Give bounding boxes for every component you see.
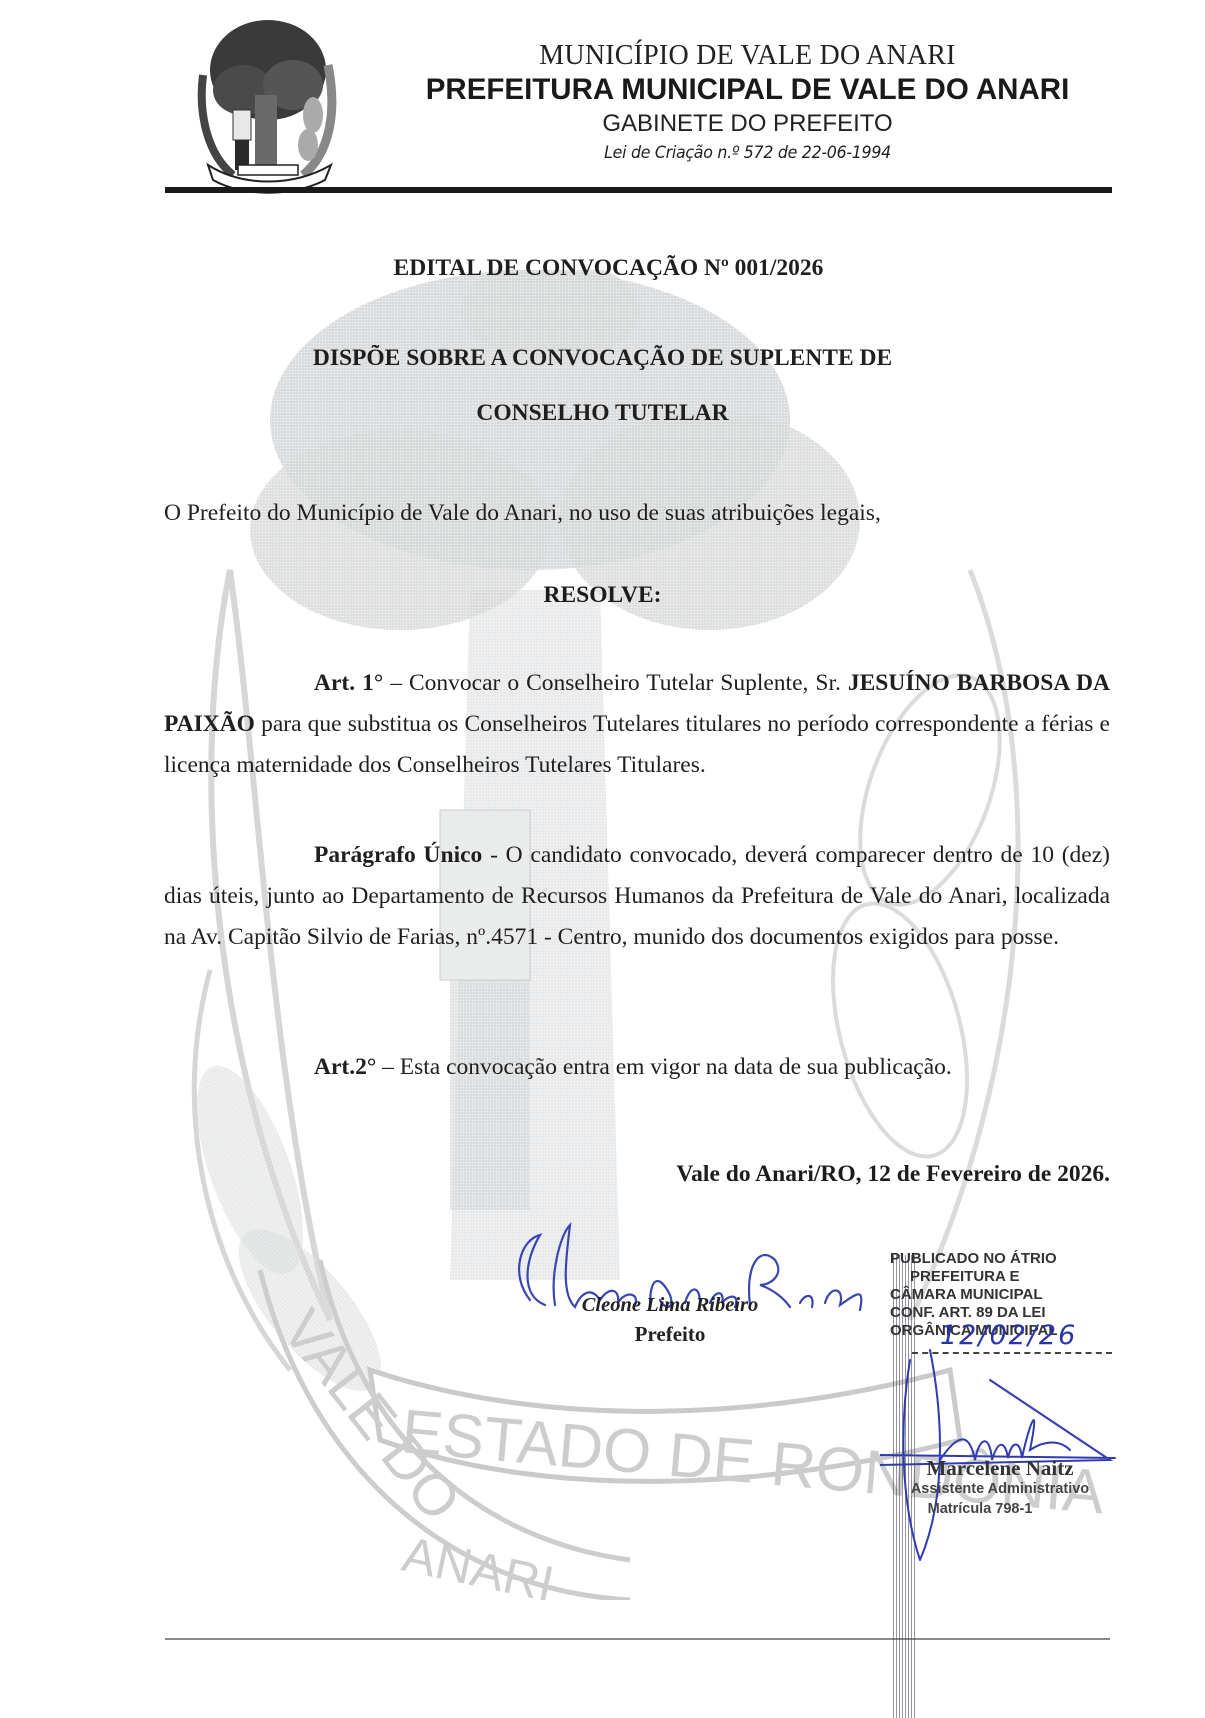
place-and-date: Vale do Anari/RO, 12 de Fevereiro de 202… <box>560 1161 1110 1188</box>
stamp-line-2: PREFEITURA E <box>890 1268 1120 1286</box>
stamp-line-1: PUBLICADO NO ÁTRIO <box>890 1250 1120 1268</box>
document-subject-line-1: DISPÕE SOBRE A CONVOCAÇÃO DE SUPLENTE DE <box>0 345 1205 372</box>
footer-divider <box>165 1638 1110 1640</box>
article-1: Art. 1° – Convocar o Conselheiro Tutelar… <box>164 663 1110 786</box>
intro-paragraph: O Prefeito do Município de Vale do Anari… <box>164 493 1110 534</box>
municipality-name: MUNICÍPIO DE VALE DO ANARI <box>380 40 1115 72</box>
letterhead: MUNICÍPIO DE VALE DO ANARI PREFEITURA MU… <box>380 40 1115 166</box>
article-2: Art.2° – Esta convocação entra em vigor … <box>164 1047 1110 1088</box>
creation-law: Lei de Criação n.º 572 de 22-06-1994 <box>406 140 1090 166</box>
header-divider <box>165 187 1112 193</box>
article-2-label: Art.2° <box>314 1054 376 1080</box>
assistant-registration: Matrícula 798-1 <box>880 1501 1080 1517</box>
article-1-label: Art. 1° <box>314 670 383 696</box>
document-subject-line-2: CONSELHO TUTELAR <box>0 400 1205 427</box>
assistant-role: Assistente Administrativo <box>880 1481 1120 1497</box>
office-name: GABINETE DO PREFEITO <box>380 108 1115 140</box>
stamp-line-3: CÂMARA MUNICIPAL <box>890 1286 1120 1304</box>
svg-text:ANARI: ANARI <box>398 1526 559 1600</box>
mayor-title: Prefeito <box>520 1322 820 1347</box>
resolve-heading: RESOLVE: <box>0 582 1205 609</box>
sole-paragraph: Parágrafo Único - O candidato convocado,… <box>164 835 1110 958</box>
article-1-text-before: – Convocar o Conselheiro Tutelar Suplent… <box>383 670 848 696</box>
document-title: EDITAL DE CONVOCAÇÃO Nº 001/2026 <box>0 255 1205 282</box>
sole-paragraph-text: - O candidato convocado, deverá comparec… <box>164 842 1110 950</box>
mayor-name: Cleone Lima Ribeiro <box>520 1294 820 1317</box>
article-2-text: – Esta convocação entra em vigor na data… <box>376 1054 952 1080</box>
assistant-name: Marcelene Naitz <box>895 1456 1105 1481</box>
svg-text:VALE DO: VALE DO <box>270 1298 473 1533</box>
article-1-text-after: para que substitua os Conselheiros Tutel… <box>164 711 1110 778</box>
municipal-coat-of-arms-logo <box>193 15 343 195</box>
city-hall-name: PREFEITURA MUNICIPAL DE VALE DO ANARI <box>380 72 1115 108</box>
assistant-handwritten-signature <box>880 1340 1120 1570</box>
sole-paragraph-label: Parágrafo Único <box>314 842 482 868</box>
